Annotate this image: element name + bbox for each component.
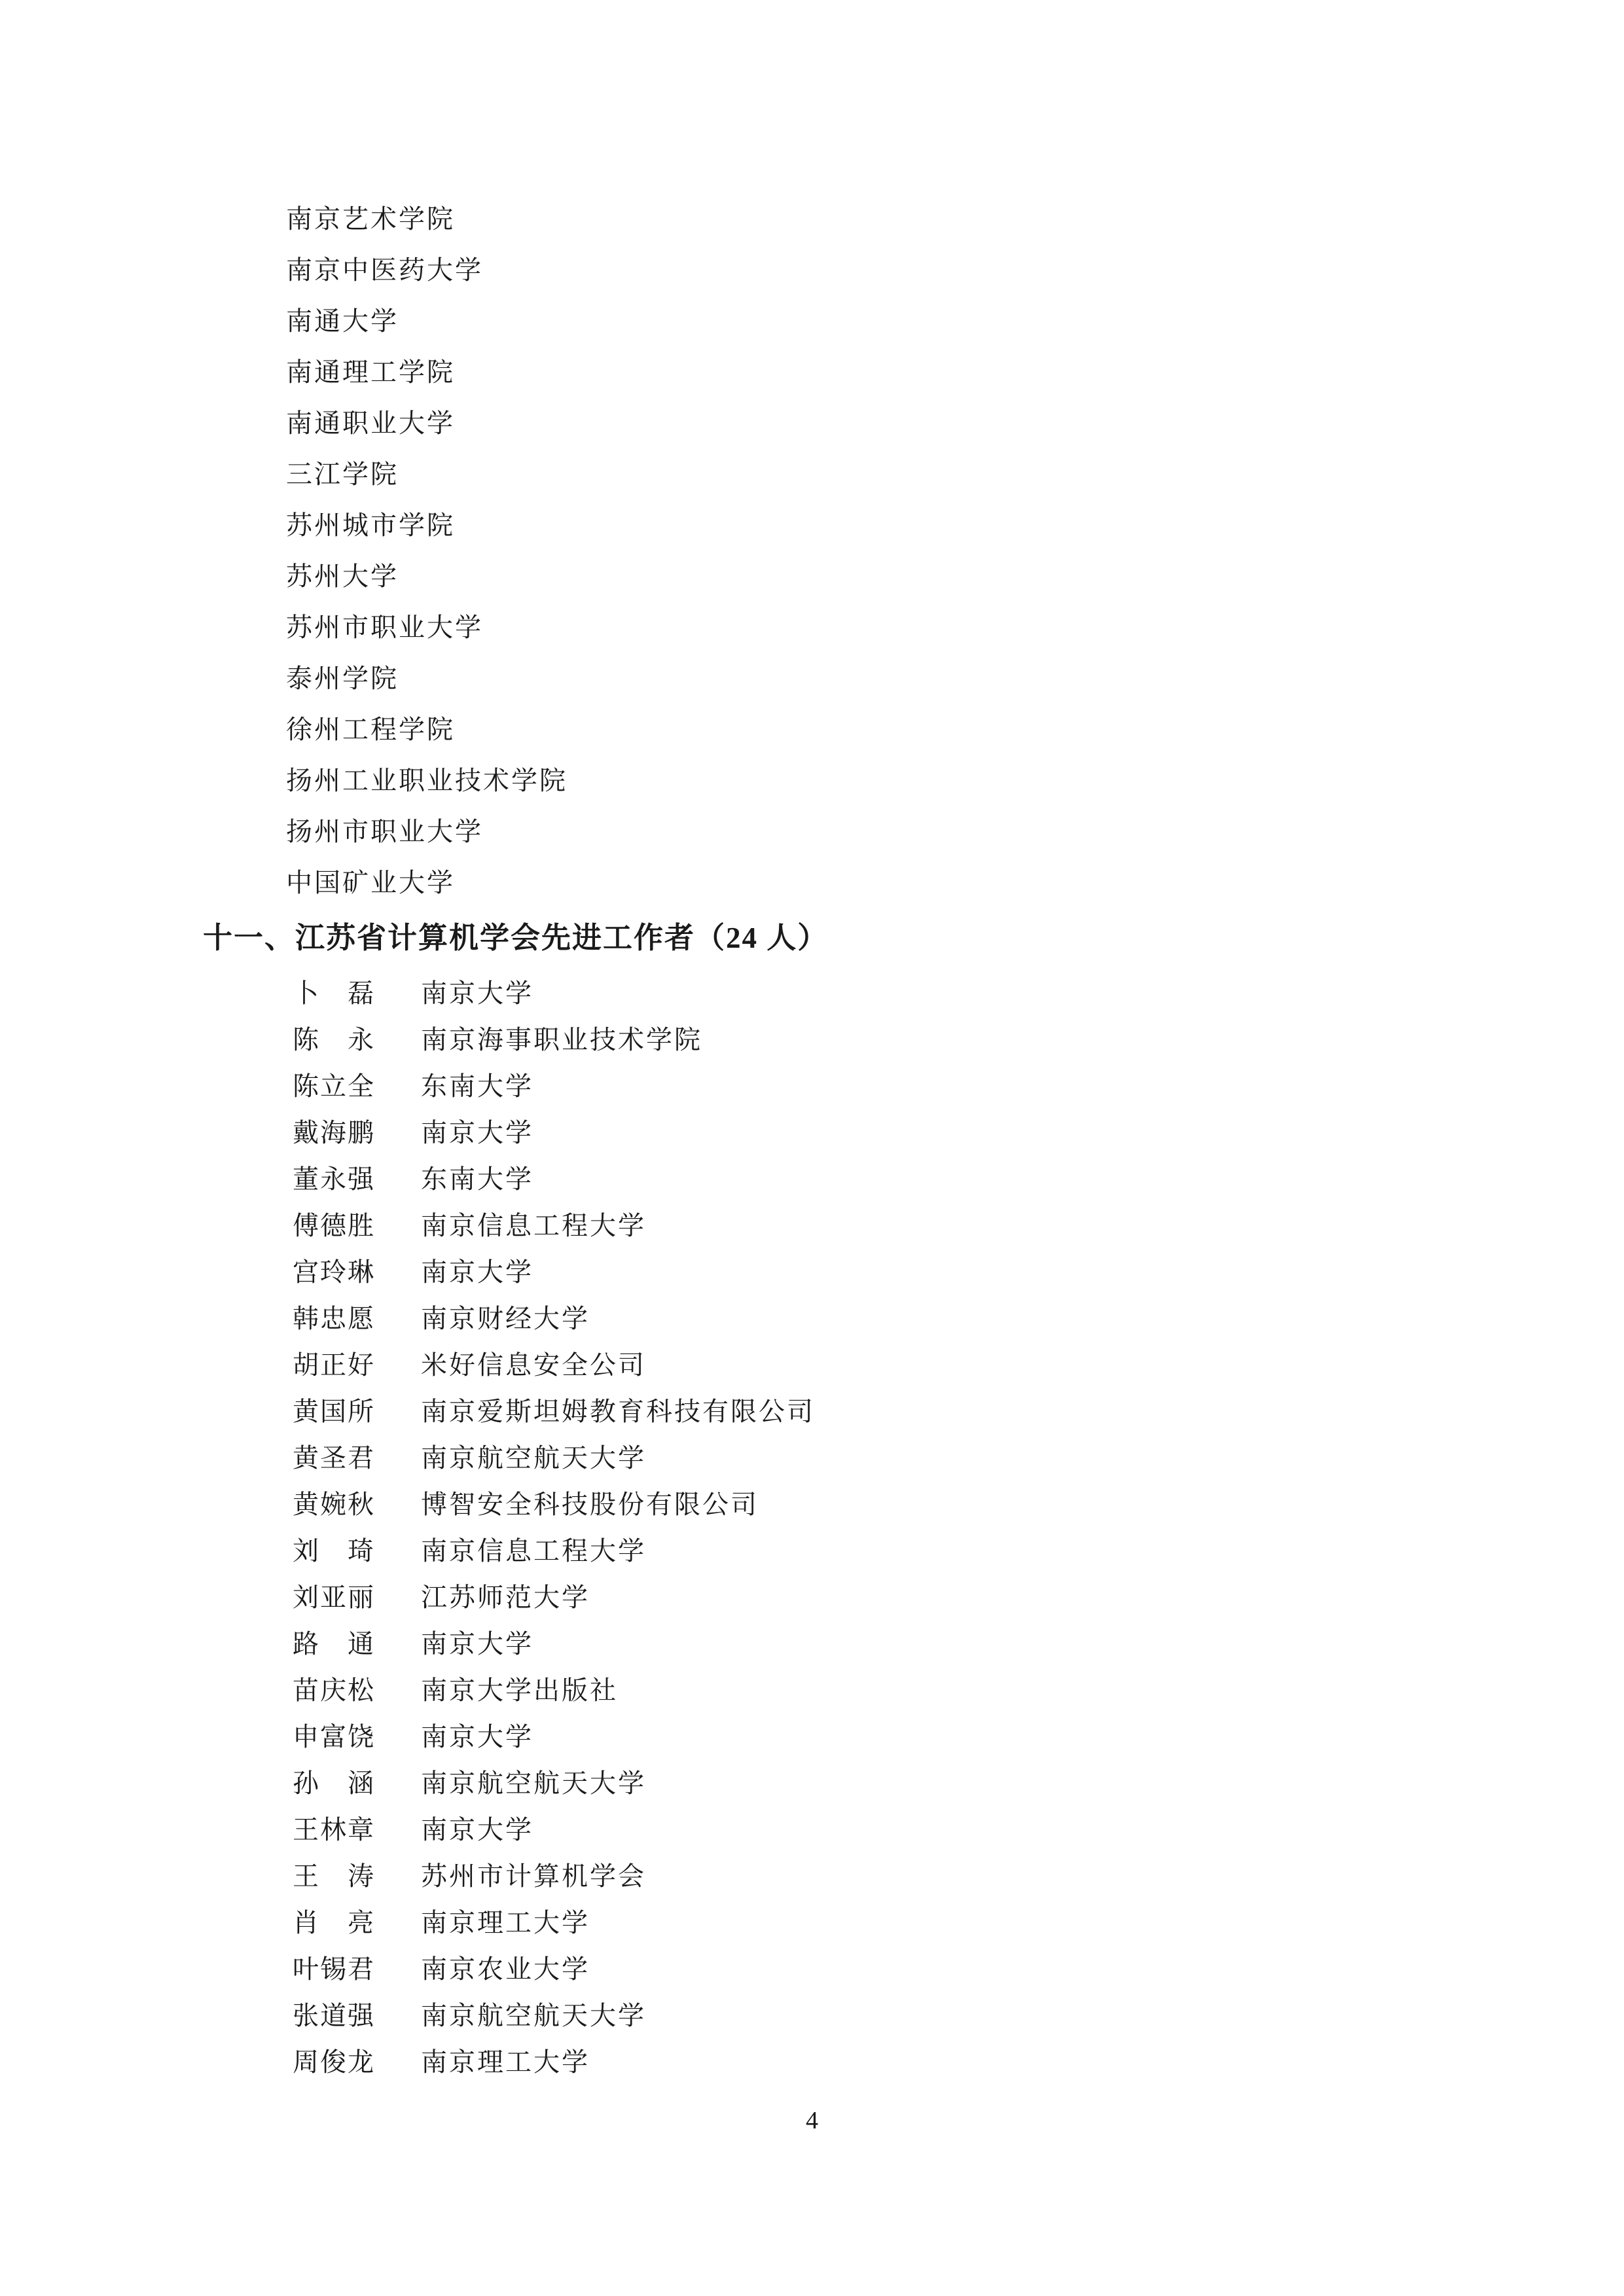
person-row: 肖 亮 南京理工大学: [293, 1899, 1624, 1946]
person-institution: 南京航空航天大学: [421, 1435, 646, 1481]
person-name: 陈立全: [293, 1063, 380, 1109]
person-institution: 南京大学: [421, 1806, 533, 1853]
person-row: 陈立全 东南大学: [293, 1063, 1624, 1109]
university-item: 南京中医药大学: [286, 245, 1624, 296]
person-institution: 南京理工大学: [421, 2039, 590, 2085]
person-institution: 南京信息工程大学: [421, 1528, 646, 1574]
university-list: 南京艺术学院南京中医药大学南通大学南通理工学院南通职业大学三江学院苏州城市学院苏…: [0, 0, 1624, 908]
page-number: 4: [0, 2106, 1624, 2135]
person-name: 卜 磊: [293, 970, 380, 1016]
person-name: 王 涛: [293, 1853, 380, 1899]
document-page: 南京艺术学院南京中医药大学南通大学南通理工学院南通职业大学三江学院苏州城市学院苏…: [0, 0, 1624, 2296]
person-name: 陈 永: [293, 1016, 380, 1063]
person-row: 陈 永 南京海事职业技术学院: [293, 1016, 1624, 1063]
university-item: 扬州工业职业技术学院: [286, 755, 1624, 806]
person-institution: 东南大学: [421, 1156, 533, 1202]
university-item: 南通职业大学: [286, 398, 1624, 449]
person-institution: 南京农业大学: [421, 1946, 590, 1992]
university-item: 南京艺术学院: [286, 194, 1624, 245]
person-row: 宫玲琳 南京大学: [293, 1249, 1624, 1295]
person-row: 胡正好 米好信息安全公司: [293, 1342, 1624, 1388]
university-item: 南通理工学院: [286, 347, 1624, 398]
person-name: 刘亚丽: [293, 1574, 380, 1621]
person-name: 周俊龙: [293, 2039, 380, 2085]
person-row: 路 通 南京大学: [293, 1621, 1624, 1667]
university-item: 徐州工程学院: [286, 704, 1624, 755]
person-row: 刘亚丽 江苏师范大学: [293, 1574, 1624, 1621]
person-name: 黄婉秋: [293, 1481, 380, 1528]
person-name: 韩忠愿: [293, 1295, 380, 1342]
person-name: 王林章: [293, 1806, 380, 1853]
person-name: 路 通: [293, 1621, 380, 1667]
university-item: 扬州市职业大学: [286, 806, 1624, 857]
person-name: 苗庆松: [293, 1667, 380, 1713]
person-row: 傅德胜 南京信息工程大学: [293, 1202, 1624, 1249]
university-item: 中国矿业大学: [286, 857, 1624, 908]
person-institution: 南京信息工程大学: [421, 1202, 646, 1249]
person-row: 周俊龙 南京理工大学: [293, 2039, 1624, 2085]
person-row: 韩忠愿 南京财经大学: [293, 1295, 1624, 1342]
person-name: 胡正好: [293, 1342, 380, 1388]
person-institution: 南京大学: [421, 1621, 533, 1667]
person-row: 董永强 东南大学: [293, 1156, 1624, 1202]
person-row: 黄婉秋 博智安全科技股份有限公司: [293, 1481, 1624, 1528]
person-row: 张道强 南京航空航天大学: [293, 1992, 1624, 2039]
person-institution: 南京大学出版社: [421, 1667, 618, 1713]
person-row: 黄国所 南京爱斯坦姆教育科技有限公司: [293, 1388, 1624, 1435]
person-institution: 南京大学: [421, 1249, 533, 1295]
person-institution: 南京爱斯坦姆教育科技有限公司: [421, 1388, 815, 1435]
person-institution: 南京大学: [421, 1109, 533, 1156]
person-row: 刘 琦 南京信息工程大学: [293, 1528, 1624, 1574]
university-item: 泰州学院: [286, 653, 1624, 704]
person-institution: 南京财经大学: [421, 1295, 590, 1342]
person-row: 苗庆松 南京大学出版社: [293, 1667, 1624, 1713]
person-name: 肖 亮: [293, 1899, 380, 1946]
person-name: 张道强: [293, 1992, 380, 2039]
person-row: 孙 涵 南京航空航天大学: [293, 1760, 1624, 1806]
university-item: 苏州大学: [286, 551, 1624, 602]
person-name: 黄国所: [293, 1388, 380, 1435]
person-row: 叶锡君 南京农业大学: [293, 1946, 1624, 1992]
university-item: 苏州城市学院: [286, 500, 1624, 551]
person-row: 戴海鹏 南京大学: [293, 1109, 1624, 1156]
person-row: 卜 磊 南京大学: [293, 970, 1624, 1016]
person-name: 戴海鹏: [293, 1109, 380, 1156]
people-list: 卜 磊 南京大学 陈 永 南京海事职业技术学院 陈立全 东南大学 戴海鹏 南京大…: [293, 970, 1624, 2085]
person-name: 叶锡君: [293, 1946, 380, 1992]
person-row: 王 涛 苏州市计算机学会: [293, 1853, 1624, 1899]
person-institution: 南京大学: [421, 970, 533, 1016]
person-institution: 东南大学: [421, 1063, 533, 1109]
person-name: 黄圣君: [293, 1435, 380, 1481]
section-heading: 十一、江苏省计算机学会先进工作者（24 人）: [203, 918, 1624, 958]
person-row: 黄圣君 南京航空航天大学: [293, 1435, 1624, 1481]
person-institution: 南京海事职业技术学院: [421, 1016, 702, 1063]
person-institution: 南京航空航天大学: [421, 1760, 646, 1806]
person-name: 刘 琦: [293, 1528, 380, 1574]
person-row: 王林章 南京大学: [293, 1806, 1624, 1853]
person-name: 宫玲琳: [293, 1249, 380, 1295]
person-institution: 南京大学: [421, 1713, 533, 1760]
person-institution: 米好信息安全公司: [421, 1342, 646, 1388]
person-row: 申富饶 南京大学: [293, 1713, 1624, 1760]
person-institution: 江苏师范大学: [421, 1574, 590, 1621]
university-item: 三江学院: [286, 449, 1624, 500]
person-institution: 博智安全科技股份有限公司: [421, 1481, 759, 1528]
person-institution: 南京航空航天大学: [421, 1992, 646, 2039]
person-institution: 苏州市计算机学会: [421, 1853, 646, 1899]
person-name: 傅德胜: [293, 1202, 380, 1249]
university-item: 苏州市职业大学: [286, 602, 1624, 653]
university-item: 南通大学: [286, 296, 1624, 347]
person-institution: 南京理工大学: [421, 1899, 590, 1946]
person-name: 董永强: [293, 1156, 380, 1202]
person-name: 申富饶: [293, 1713, 380, 1760]
person-name: 孙 涵: [293, 1760, 380, 1806]
